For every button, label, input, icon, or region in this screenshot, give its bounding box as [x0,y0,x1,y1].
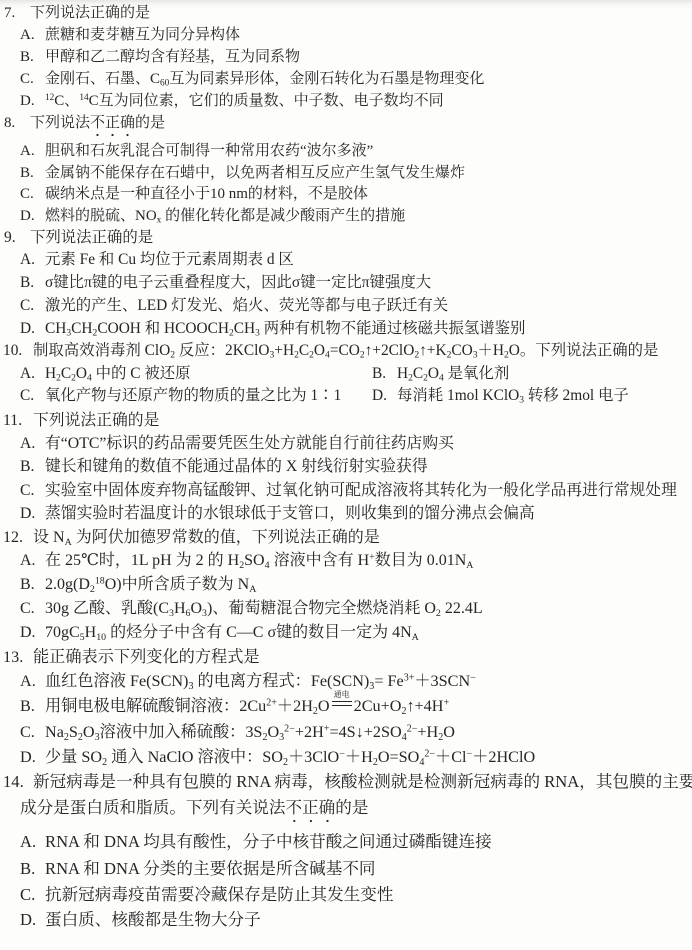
option-text: 激光的产生、LED 灯发光、焰火、荧光等都与电子跃迁有关 [45,297,448,314]
option-c: C.实验室中固体废弃物高锰酸钾、过氧化钠可配成溶液将其转化为一般化学品再进行常规… [20,483,677,499]
option-a: A.元素 Fe 和 Cu 均位于元素周期表 d 区 [20,252,294,267]
option-label: C. [20,187,45,202]
option-b: B.H2C2O4 是氧化剂 [372,366,509,381]
option-b: B.用铜电极电解硫酸铜溶液：2Cu2+＋2H2O通电2Cu+O2↑+4H+ [20,698,449,714]
question-number: 7. [4,6,30,21]
option-b: B.键长和键角的数值不能通过晶体的 X 射线衍射实验获得 [20,459,428,475]
option-text: 碳纳米点是一种直径小于10 nm的材料，不是胶体 [45,186,368,202]
option-label: A. [20,834,45,851]
option-text: 蛋白质、核酸都是生物大分子 [45,910,261,929]
question-number: 10. [3,343,33,358]
question-number: 13. [3,649,33,665]
option-b: B.2.0g(D218O)中所含质子数为 NA [20,577,256,593]
option-c: C.碳纳米点是一种直径小于10 nm的材料，不是胶体 [20,187,368,202]
option-text: RNA 和 DNA 均具有酸性，分子中核苷酸之间通过磷酯键连接 [45,832,492,851]
option-text: 氧化产物与还原产物的物质的量之比为 1∶1 [45,387,341,404]
option-text: 胆矾和石灰乳混合可制得一种常用农药“波尔多液” [45,143,373,159]
option-text: 键长和键角的数值不能通过晶体的 X 射线衍射实验获得 [45,458,428,475]
option-c: C.激光的产生、LED 灯发光、焰火、荧光等都与电子跃迁有关 [20,298,448,313]
option-text: 甲醇和乙二醇均含有羟基，互为同系物 [45,49,300,65]
question-stem: 11.下列说法正确的是 [3,413,159,429]
option-c: C.金刚石、石墨、C60互为同素异形体，金刚石转化为石墨是物理变化 [20,72,484,87]
option-text: 实验室中固体废弃物高锰酸钾、过氧化钠可配成溶液将其转化为一般化学品再进行常规处理 [45,482,677,499]
question-stem: 12.设 NA 为阿伏加德罗常数的值，下列说法正确的是 [3,530,380,546]
option-label: A. [20,366,45,381]
option-text: H2C2O4 中的 C 被还原 [45,365,191,382]
option-label: D. [20,749,45,765]
option-label: D. [372,388,397,403]
option-a: A.有“OTC”标识的药品需要凭医生处方就能自行前往药店购买 [20,436,454,452]
question-stem-text: 下列说法正确的是 [33,412,159,429]
option-c: C.30g 乙酸、乳酸(C3H6O3)、葡萄糖混合物完全燃烧消耗 O2 22.4… [20,601,483,617]
question-stem-continuation: 成分是蛋白质和脂质。下列有关说法不正确的是 [20,800,368,817]
option-a: A.H2C2O4 中的 C 被还原 [20,366,191,381]
option-a: A.血红色溶液 Fe(SCN)3 的电离方程式：Fe(SCN)3= Fe3+＋3… [20,673,476,689]
option-a: A.胆矾和石灰乳混合可制得一种常用农药“波尔多液” [20,144,373,159]
option-label: B. [20,698,45,714]
option-text: 抗新冠病毒疫苗需要冷藏保存是防止其发生变性 [45,885,393,904]
option-d: D.蛋白质、核酸都是生物大分子 [20,912,261,929]
option-d: D.12C、14C互为同位素，它们的质量数、中子数、电子数均不同 [20,94,444,109]
option-label: B. [372,366,397,381]
option-text: 有“OTC”标识的药品需要凭医生处方就能自行前往药店购买 [45,435,454,452]
reaction-condition-label: 通电 [334,691,350,699]
option-label: B. [20,166,45,181]
option-label: A. [20,144,45,159]
option-d: D.燃料的脱硫、NOx 的催化转化都是减少酸雨产生的措施 [20,209,405,224]
question-number: 11. [3,413,33,429]
question-stem-text: 下列说法不正确的是 [30,115,165,137]
option-b: B.σ键比π键的电子云重叠程度大，因此σ键一定比π键强度大 [20,275,431,290]
question-stem: 13.能正确表示下列变化的方程式是 [3,649,260,665]
question-stem: 7.下列说法正确的是 [4,6,150,21]
question-number: 12. [3,530,33,546]
option-text: σ键比π键的电子云重叠程度大，因此σ键一定比π键强度大 [45,274,431,291]
question-stem: 14.新冠病毒是一种具有包膜的 RNA 病毒，核酸检测就是检测新冠病毒的 RNA… [3,774,692,791]
question-stem: 9.下列说法正确的是 [4,230,153,245]
option-label: A. [20,553,45,569]
option-b: B.RNA 和 DNA 分类的主要依据是所含碱基不同 [20,861,376,878]
question-stem-text: 设 NA 为阿伏加德罗常数的值，下列说法正确的是 [33,529,380,546]
question-stem: 8.下列说法不正确的是 [4,116,165,131]
exam-page: 7.下列说法正确的是 A.蔗糖和麦芽糖互为同分异构体 B.甲醇和乙二醇均含有羟基… [0,0,692,950]
option-text: Na2S2O3溶液中加入稀硫酸：3S2O32−+2H+=4S↓+2SO42−+H… [45,723,455,741]
option-text: RNA 和 DNA 分类的主要依据是所含碱基不同 [45,859,376,878]
option-label: C. [20,887,45,904]
option-label: B. [20,861,45,878]
option-label: C. [20,388,45,403]
option-text: CH3CH2COOH 和 HCOOCH2CH3 两种有机物不能通过核磁共振氢谱鉴… [45,320,525,337]
option-label: B. [20,275,45,290]
option-text: 12C、14C互为同位素，它们的质量数、中子数、电子数均不同 [45,93,444,109]
option-label: A. [20,252,45,267]
option-text: 蒸馏实验时若温度计的水银球低于支管口，则收集到的馏分沸点会偏高 [45,505,535,522]
question-stem: 10.制取高效消毒剂 ClO2 反应：2KClO3+H2C2O4=CO2↑+2C… [3,343,658,358]
option-c: C.抗新冠病毒疫苗需要冷藏保存是防止其发生变性 [20,887,393,904]
option-b: B.甲醇和乙二醇均含有羟基，互为同系物 [20,50,300,65]
option-a: A.在 25℃时，1L pH 为 2 的 H2SO4 溶液中含有 H+数目为 0… [20,553,473,569]
option-label: D. [20,94,45,109]
question-stem-text: 制取高效消毒剂 ClO2 反应：2KClO3+H2C2O4=CO2↑+2ClO2… [33,342,658,359]
option-label: B. [20,577,45,593]
option-text: 70gC5H10 的烃分子中含有 C—C σ键的数目一定为 4NA [45,624,419,641]
option-text: 元素 Fe 和 Cu 均位于元素周期表 d 区 [45,251,294,268]
question-stem-text: 成分是蛋白质和脂质。下列有关说法不正确的是 [20,798,368,823]
option-label: B. [20,459,45,475]
question-number: 9. [4,230,30,245]
option-label: A. [20,673,45,689]
electrolysis-equals-sign: 通电 [332,701,352,706]
option-text: 30g 乙酸、乳酸(C3H6O3)、葡萄糖混合物完全燃烧消耗 O2 22.4L [45,600,483,617]
option-b: B.金属钠不能保存在石蜡中，以免两者相互反应产生氢气发生爆炸 [20,166,465,181]
option-text: 用铜电极电解硫酸铜溶液：2Cu2+＋2H2O [45,697,330,715]
option-label: A. [20,436,45,452]
option-text: 少量 SO2 通入 NaClO 溶液中：SO2＋3ClO−＋H2O=SO42−＋… [45,748,535,766]
option-d: D.蒸馏实验时若温度计的水银球低于支管口，则收集到的馏分沸点会偏高 [20,506,535,522]
option-c: C.Na2S2O3溶液中加入稀硫酸：3S2O32−+2H+=4S↓+2SO42−… [20,724,455,740]
option-text: 2.0g(D218O)中所含质子数为 NA [45,576,256,593]
option-label: D. [20,506,45,522]
option-text: 在 25℃时，1L pH 为 2 的 H2SO4 溶液中含有 H+数目为 0.0… [45,552,473,569]
option-label: C. [20,601,45,617]
question-stem-text: 新冠病毒是一种具有包膜的 RNA 病毒，核酸检测就是检测新冠病毒的 RNA，其包… [33,772,692,791]
option-label: D. [20,912,45,929]
question-number: 8. [4,116,30,131]
option-text-after: 2Cu+O2↑+4H+ [354,697,450,715]
option-label: C. [20,483,45,499]
option-a: A.蔗糖和麦芽糖互为同分异构体 [20,28,240,43]
question-stem-text: 能正确表示下列变化的方程式是 [33,648,260,666]
question-number: 14. [3,774,33,791]
option-d: D.每消耗 1mol KClO3 转移 2mol 电子 [372,388,629,403]
option-label: C. [20,724,45,740]
option-text: H2C2O4 是氧化剂 [397,365,509,382]
option-d: D.70gC5H10 的烃分子中含有 C—C σ键的数目一定为 4NA [20,625,419,641]
option-label: A. [20,28,45,43]
option-d: D.CH3CH2COOH 和 HCOOCH2CH3 两种有机物不能通过核磁共振氢… [20,321,525,336]
question-stem-text: 下列说法正确的是 [30,5,150,21]
option-label: C. [20,72,45,87]
option-d: D.少量 SO2 通入 NaClO 溶液中：SO2＋3ClO−＋H2O=SO42… [20,749,535,765]
option-label: D. [20,625,45,641]
option-label: D. [20,321,45,336]
option-text: 金刚石、石墨、C60互为同素异形体，金刚石转化为石墨是物理变化 [45,71,484,87]
question-stem-text: 下列说法正确的是 [30,229,153,246]
option-label: B. [20,50,45,65]
option-text: 每消耗 1mol KClO3 转移 2mol 电子 [397,387,629,404]
option-label: C. [20,298,45,313]
option-a: A.RNA 和 DNA 均具有酸性，分子中核苷酸之间通过磷酯键连接 [20,834,492,851]
option-text: 蔗糖和麦芽糖互为同分异构体 [45,27,240,43]
option-text: 血红色溶液 Fe(SCN)3 的电离方程式：Fe(SCN)3= Fe3+＋3SC… [45,672,476,690]
option-text: 燃料的脱硫、NOx 的催化转化都是减少酸雨产生的措施 [45,208,405,224]
option-label: D. [20,209,45,224]
option-c: C.氧化产物与还原产物的物质的量之比为 1∶1 [20,388,341,403]
option-text: 金属钠不能保存在石蜡中，以免两者相互反应产生氢气发生爆炸 [45,165,465,181]
